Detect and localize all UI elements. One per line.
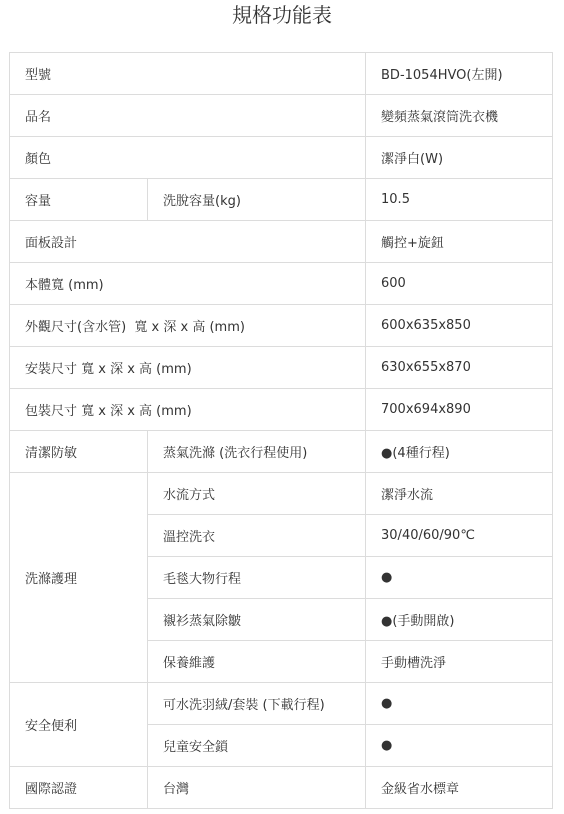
row-label: 包裝尺寸 寬 x 深 x 高 (mm): [10, 389, 366, 431]
row-value: 30/40/60/90℃: [366, 515, 553, 557]
table-row-package-size: 包裝尺寸 寬 x 深 x 高 (mm) 700x694x890: [10, 389, 553, 431]
row-label: 品名: [10, 95, 366, 137]
row-group-label: 洗滌護理: [10, 473, 148, 683]
row-value: 金級省水標章: [366, 767, 553, 809]
row-group-label: 清潔防敏: [10, 431, 148, 473]
row-value: 潔淨水流: [366, 473, 553, 515]
row-value: ●: [366, 557, 553, 599]
row-value: ●: [366, 725, 553, 767]
row-sub-label: 洗脫容量(kg): [148, 179, 366, 221]
row-value: 700x694x890: [366, 389, 553, 431]
row-sub-label: 台灣: [148, 767, 366, 809]
row-sub-label: 蒸氣洗滌 (洗衣行程使用): [148, 431, 366, 473]
table-row-body-width: 本體寬 (mm) 600: [10, 263, 553, 305]
row-label: 型號: [10, 53, 366, 95]
row-sub-label: 襯衫蒸氣除皺: [148, 599, 366, 641]
table-row-certification: 國際認證 台灣 金級省水標章: [10, 767, 553, 809]
spec-table: 型號 BD-1054HVO(左開) 品名 變頻蒸氣滾筒洗衣機 顏色 潔淨白(W)…: [9, 52, 553, 809]
row-sub-label: 手動槽洗淨: [366, 641, 553, 683]
row-group-label: 保養維護: [148, 641, 366, 683]
table-row-install-size: 安裝尺寸 寬 x 深 x 高 (mm) 630x655x870: [10, 347, 553, 389]
row-value: 630x655x870: [366, 347, 553, 389]
row-value: BD-1054HVO(左開): [366, 53, 553, 95]
row-value: 600x635x850: [366, 305, 553, 347]
row-group-label: 安全便利: [10, 683, 148, 767]
table-row-capacity: 容量 洗脫容量(kg) 10.5: [10, 179, 553, 221]
row-label: 面板設計: [10, 221, 366, 263]
row-sub-label: 可水洗羽絨/套裝 (下載行程): [148, 683, 366, 725]
row-label: 安裝尺寸 寬 x 深 x 高 (mm): [10, 347, 366, 389]
row-sub-label: 兒童安全鎖: [148, 725, 366, 767]
row-value: ●(手動開啟): [366, 599, 553, 641]
row-label: 本體寬 (mm): [10, 263, 366, 305]
row-sub-label: 溫控洗衣: [148, 515, 366, 557]
table-row-steam-wash: 清潔防敏 蒸氣洗滌 (洗衣行程使用) ●(4種行程): [10, 431, 553, 473]
row-group-label: 國際認證: [10, 767, 148, 809]
table-row-product-name: 品名 變頻蒸氣滾筒洗衣機: [10, 95, 553, 137]
row-value: 變頻蒸氣滾筒洗衣機: [366, 95, 553, 137]
row-value: ●(4種行程): [366, 431, 553, 473]
row-value: 600: [366, 263, 553, 305]
table-row-down-wash: 安全便利 可水洗羽絨/套裝 (下載行程) ●: [10, 683, 553, 725]
table-row-panel-design: 面板設計 觸控+旋鈕: [10, 221, 553, 263]
table-row-water-flow: 洗滌護理 水流方式 潔淨水流: [10, 473, 553, 515]
row-value: 觸控+旋鈕: [366, 221, 553, 263]
page-title: 規格功能表: [0, 0, 564, 30]
row-label: 顏色: [10, 137, 366, 179]
table-row-exterior-size: 外觀尺寸(含水管) 寬 x 深 x 高 (mm) 600x635x850: [10, 305, 553, 347]
row-sub-label: 毛毯大物行程: [148, 557, 366, 599]
row-label: 外觀尺寸(含水管) 寬 x 深 x 高 (mm): [10, 305, 366, 347]
table-row-color: 顏色 潔淨白(W): [10, 137, 553, 179]
row-value: ●: [366, 683, 553, 725]
row-group-label: 容量: [10, 179, 148, 221]
row-sub-label: 水流方式: [148, 473, 366, 515]
row-value: 潔淨白(W): [366, 137, 553, 179]
table-row-model: 型號 BD-1054HVO(左開): [10, 53, 553, 95]
row-value: 10.5: [366, 179, 553, 221]
